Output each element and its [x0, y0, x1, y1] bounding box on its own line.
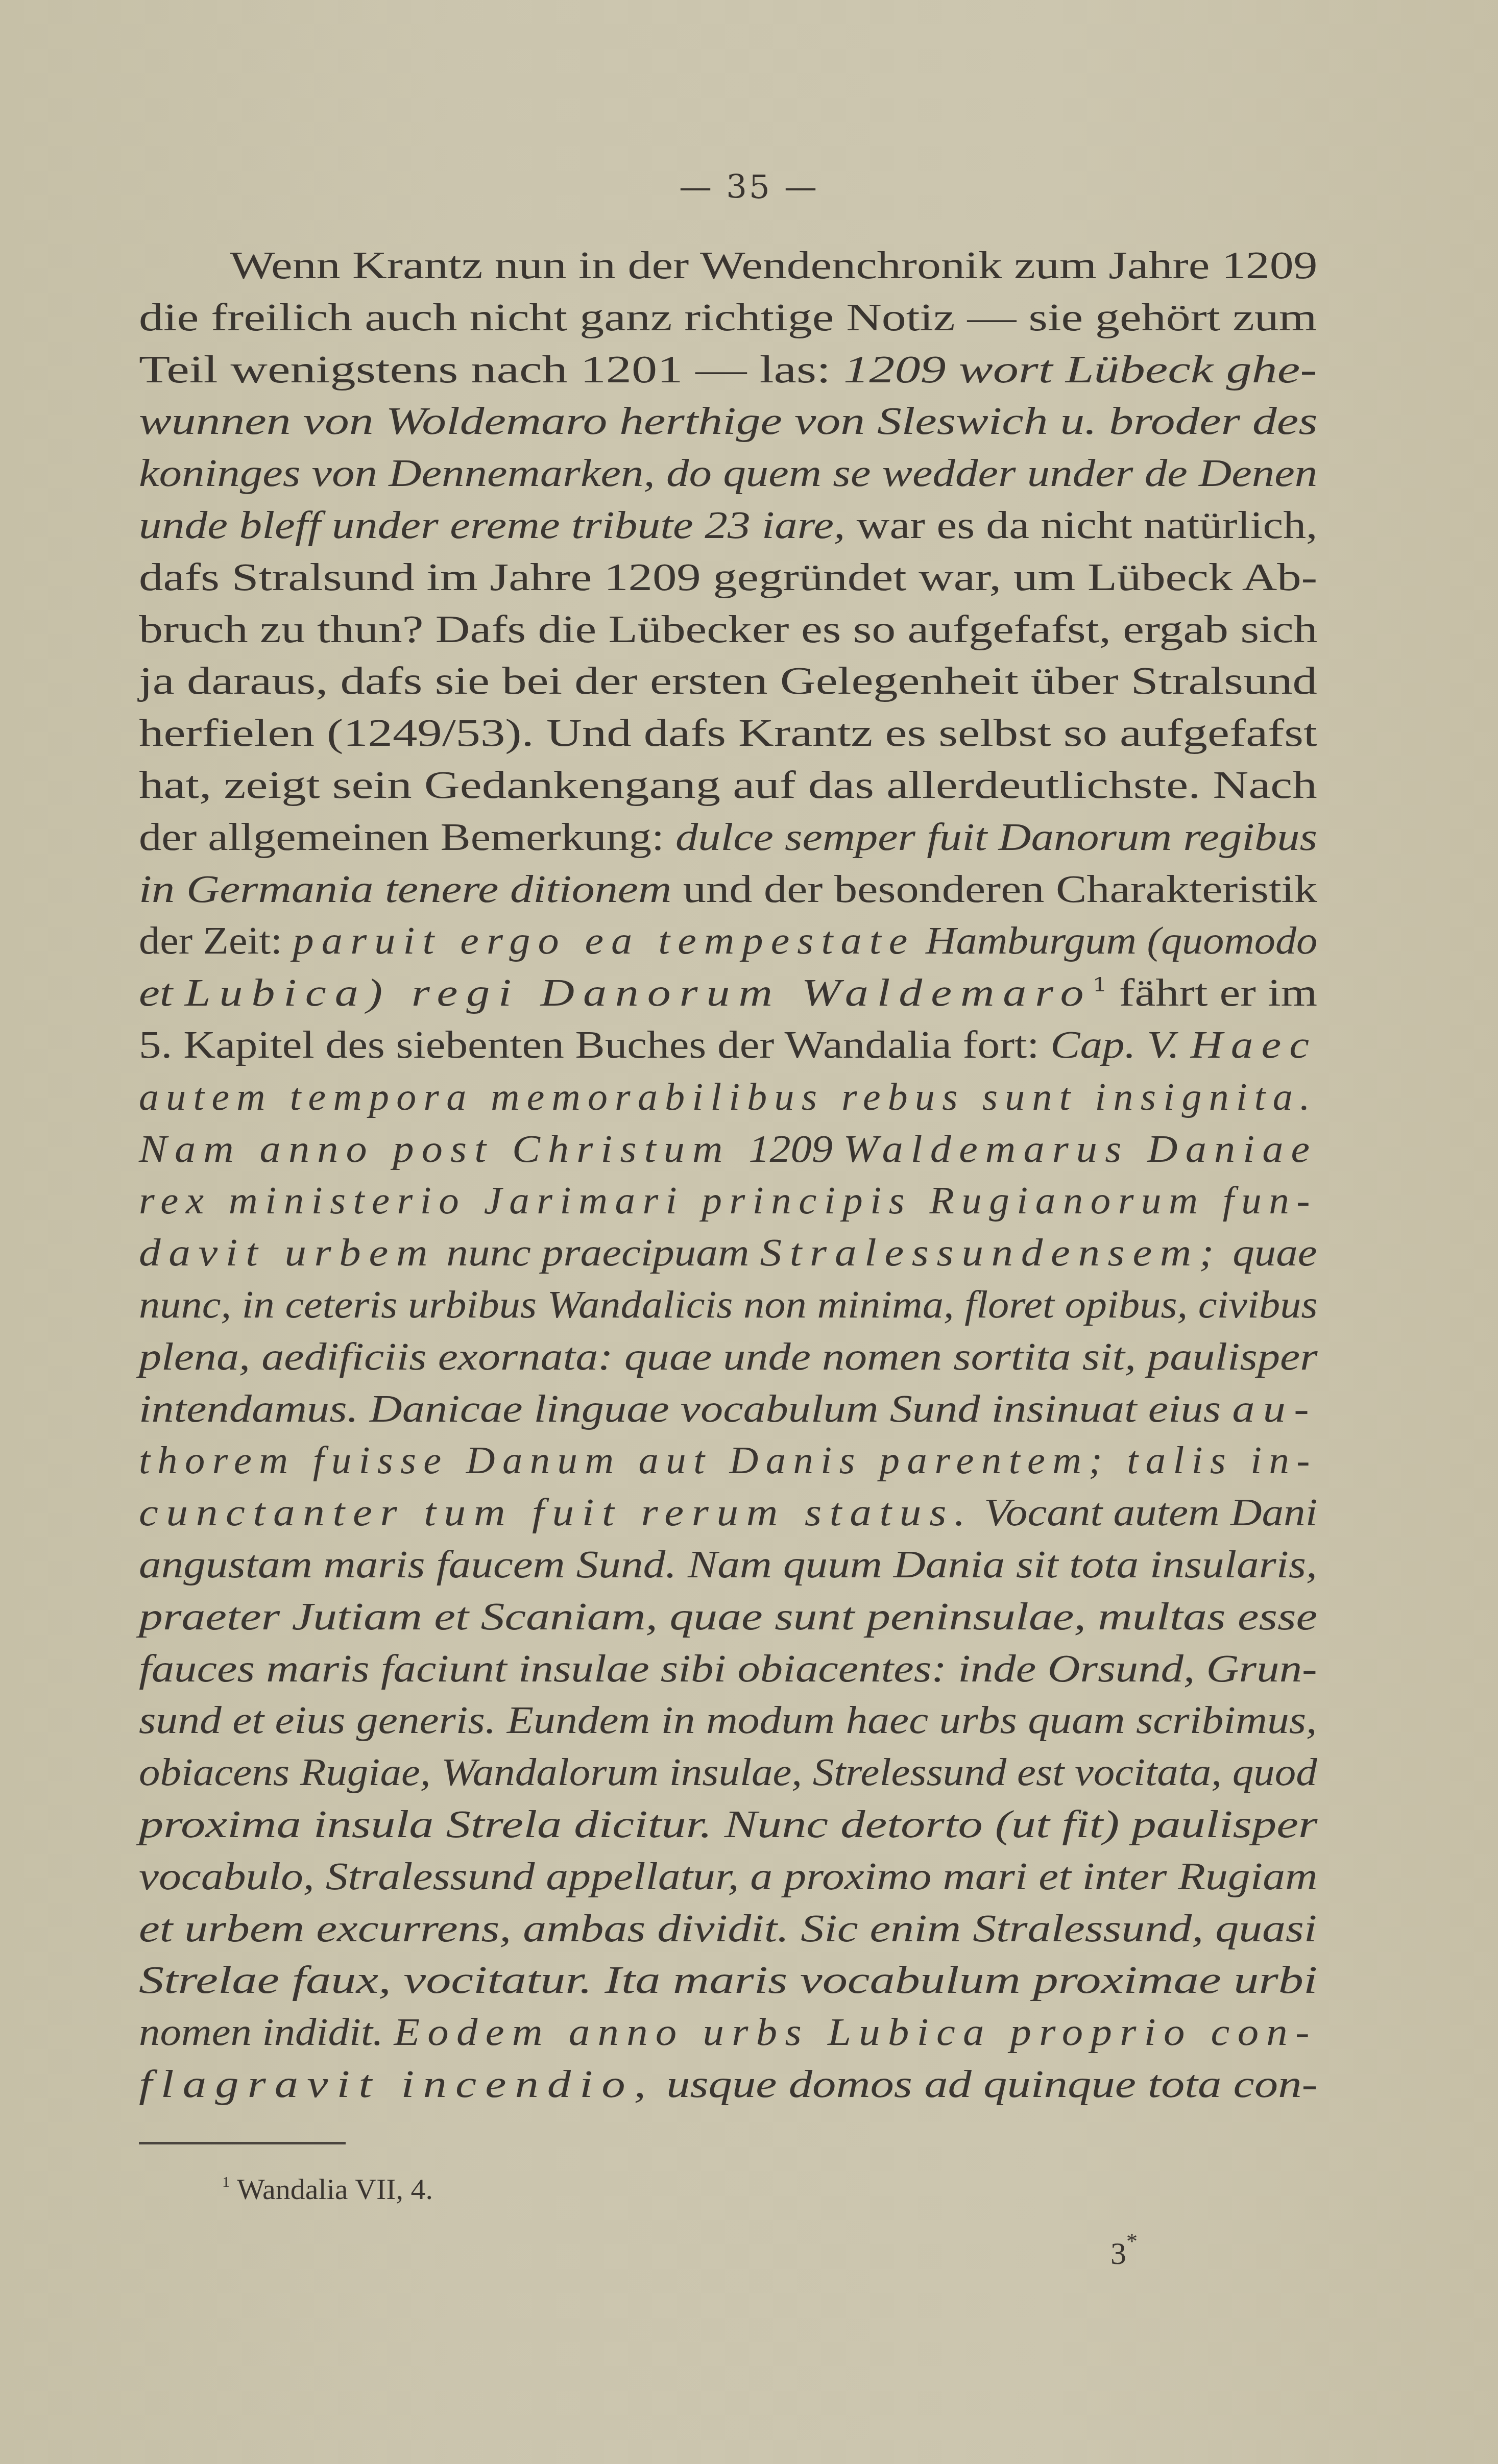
italic-text: quae — [1222, 1231, 1317, 1274]
italic-text: 1209 wort Lübeck ghe- — [843, 348, 1317, 391]
italic-text: plena, aedificiis exornata: quae unde no… — [139, 1335, 1318, 1378]
footnote-text: Wandalia VII, 4. — [237, 2173, 433, 2206]
text-line: der allgemeinen Bemerkung: dulce semper … — [139, 812, 1317, 864]
text-line: intendamus. Danicae linguae vocabulum Su… — [139, 1383, 1317, 1435]
footnote-rule — [139, 2142, 346, 2144]
text-line: proxima insula Strela dicitur. Nunc deto… — [139, 1799, 1317, 1851]
text-line: herfielen (1249/53). Und dafs Krantz es … — [139, 708, 1317, 760]
text-line: angustam maris faucem Sund. Nam quum Dan… — [139, 1539, 1317, 1591]
text-line: obiacens Rugiae, Wandalorum insulae, Str… — [139, 1747, 1317, 1799]
text-line: davit urbem nunc praecipuam Stralessunde… — [139, 1227, 1317, 1279]
roman-text: bruch zu thun? Dafs die Lübecker es so a… — [139, 608, 1318, 651]
italic-text: fauces maris faciunt insulae sibi obiace… — [139, 1647, 1317, 1690]
roman-text: war es da nicht natürlich, — [845, 504, 1317, 547]
text-line: et Lubica) regi Danorum Waldemaro1 fährt… — [139, 967, 1317, 1019]
footnote: 1Wandalia VII, 4. — [222, 2172, 433, 2206]
text-line: flagravit incendio, usque domos ad quinq… — [139, 2059, 1317, 2111]
roman-text: und der besonderen Charakteristik — [671, 868, 1317, 911]
text-line: der Zeit: paruit ergo ea tempestate Hamb… — [139, 915, 1317, 967]
spaced-italic-text: davit urbem — [139, 1231, 436, 1274]
text-line: thorem fuisse Danum aut Danis parentem; … — [139, 1435, 1317, 1487]
text-line: nunc, in ceteris urbibus Wandalicis non … — [139, 1279, 1317, 1331]
text-line: Strelae faux, vocitatur. Ita maris vocab… — [139, 1955, 1317, 2007]
italic-text: proxima insula Strela dicitur. Nunc deto… — [139, 1803, 1318, 1846]
text-line: 5. Kapitel des siebenten Buches der Wand… — [139, 1019, 1317, 1071]
spaced-italic-text: au- — [1232, 1387, 1317, 1430]
signature-star: * — [1126, 2229, 1138, 2254]
roman-text: Wenn Krantz nun in der Wendenchronik zum… — [230, 244, 1318, 287]
text-line: plena, aedificiis exornata: quae unde no… — [139, 1331, 1317, 1383]
italic-text: usque domos ad quinque tota con- — [655, 2063, 1317, 2106]
spaced-italic-text: autem tempora memorabilibus rebus sunt i… — [139, 1076, 1317, 1118]
text-line: Nam anno post Christum 1209 Waldemarus D… — [139, 1124, 1317, 1176]
italic-text: wunnen von Woldemaro herthige von Sleswi… — [139, 400, 1317, 443]
italic-text: in Germania tenere ditionem — [139, 868, 671, 911]
text-line: rex ministerio Jarimari principis Rugian… — [139, 1175, 1317, 1227]
text-line: die freilich auch nicht ganz richtige No… — [139, 292, 1317, 344]
italic-text: et urbem excurrens, ambas dividit. Sic e… — [139, 1907, 1317, 1950]
italic-text: angustam maris faucem Sund. Nam quum Dan… — [139, 1543, 1317, 1586]
italic-text: 1209 — [748, 1128, 843, 1170]
spaced-italic-text: regi Danorum Waldemaro — [391, 971, 1092, 1014]
roman-text: der allgemeinen Bemerkung: — [139, 816, 675, 859]
roman-text: dafs Stralsund im Jahre 1209 gegründet w… — [139, 556, 1317, 599]
italic-text: Vocant autem Dani — [973, 1491, 1317, 1534]
italic-text: unde bleff under ereme tribute 23 iare, — [139, 504, 845, 547]
italic-text: nomen indidit. — [139, 2011, 394, 2054]
text-line: nomen indidit. Eodem anno urbs Lubica pr… — [139, 2007, 1317, 2059]
page-number: — 35 — — [0, 168, 1498, 206]
signature-mark: 3* — [1110, 2228, 1138, 2272]
spaced-italic-text: Waldemarus Daniae — [843, 1128, 1317, 1170]
italic-text: Cap. V. — [1050, 1023, 1191, 1066]
footnote-marker: 1 — [222, 2174, 230, 2190]
text-line: cunctanter tum fuit rerum status. Vocant… — [139, 1487, 1317, 1539]
spaced-italic-text: Eodem anno urbs Lubica proprio con- — [394, 2011, 1317, 2054]
spaced-italic-text: thorem fuisse Danum aut Danis parentem; … — [139, 1439, 1317, 1482]
text-line: vocabulo, Stralessund appellatur, a prox… — [139, 1851, 1317, 1903]
text-line: dafs Stralsund im Jahre 1209 gegründet w… — [139, 552, 1317, 604]
italic-text: nunc praecipuam — [436, 1231, 760, 1274]
text-line: fauces maris faciunt insulae sibi obiace… — [139, 1643, 1317, 1695]
text-line: koninges von Dennemarken, do quem se wed… — [139, 448, 1317, 500]
spaced-italic-text: cunctanter tum fuit rerum status. — [139, 1491, 973, 1534]
spaced-italic-text: Lubica) — [184, 971, 391, 1014]
text-line: wunnen von Woldemaro herthige von Sleswi… — [139, 396, 1317, 448]
italic-text: Hamburgum (quomodo — [915, 919, 1318, 962]
spaced-italic-text: Nam anno post Christum — [139, 1128, 748, 1170]
italic-text: et — [139, 971, 184, 1014]
spaced-italic-text: paruit ergo ea tempestate — [293, 919, 915, 962]
roman-text: die freilich auch nicht ganz richtige No… — [139, 296, 1317, 339]
signature-number: 3 — [1110, 2236, 1126, 2271]
roman-text: Teil wenigstens nach 1201 — las: — [139, 348, 843, 391]
roman-text: der Zeit: — [139, 919, 293, 962]
text-line: praeter Jutiam et Scaniam, quae sunt pen… — [139, 1591, 1317, 1643]
italic-text: Strelae faux, vocitatur. Ita maris vocab… — [139, 1959, 1317, 2002]
roman-text: ja daraus, dafs sie bei der ersten Geleg… — [139, 660, 1317, 702]
italic-text: nunc, in ceteris urbibus Wandalicis non … — [139, 1283, 1318, 1326]
text-line: autem tempora memorabilibus rebus sunt i… — [139, 1071, 1317, 1124]
roman-text: fährt er im — [1107, 971, 1317, 1014]
roman-text: hat, zeigt sein Gedankengang auf das all… — [139, 764, 1317, 807]
text-line: unde bleff under ereme tribute 23 iare, … — [139, 500, 1317, 552]
italic-text: sund et eius generis. Eundem in modum ha… — [139, 1699, 1317, 1742]
spaced-italic-text: Haec — [1191, 1023, 1317, 1066]
spaced-italic-text: Stralessundensem; — [760, 1231, 1222, 1274]
text-line: in Germania tenere ditionem und der beso… — [139, 864, 1317, 916]
text-line: sund et eius generis. Eundem in modum ha… — [139, 1695, 1317, 1747]
spaced-italic-text: flagravit incendio, — [139, 2063, 655, 2106]
italic-text: vocabulo, Stralessund appellatur, a prox… — [139, 1855, 1317, 1898]
italic-text: dulce semper fuit Danorum regibus — [675, 816, 1317, 859]
roman-text: 5. Kapitel des siebenten Buches der Wand… — [139, 1023, 1050, 1066]
text-line: bruch zu thun? Dafs die Lübecker es so a… — [139, 604, 1317, 656]
italic-text: obiacens Rugiae, Wandalorum insulae, Str… — [139, 1751, 1317, 1794]
text-line: et urbem excurrens, ambas dividit. Sic e… — [139, 1903, 1317, 1955]
text-line: Wenn Krantz nun in der Wendenchronik zum… — [139, 240, 1317, 292]
roman-text: herfielen (1249/53). Und dafs Krantz es … — [139, 712, 1317, 754]
italic-text: koninges von Dennemarken, do quem se wed… — [139, 452, 1317, 495]
text-line: hat, zeigt sein Gedankengang auf das all… — [139, 760, 1317, 812]
text-line: ja daraus, dafs sie bei der ersten Geleg… — [139, 655, 1317, 708]
text-line: Teil wenigstens nach 1201 — las: 1209 wo… — [139, 344, 1317, 396]
italic-text: intendamus. Danicae linguae vocabulum Su… — [139, 1387, 1232, 1430]
spaced-italic-text: rex ministerio Jarimari principis Rugian… — [139, 1179, 1317, 1222]
body-text: Wenn Krantz nun in der Wendenchronik zum… — [139, 240, 1317, 2111]
footnote-reference: 1 — [1093, 973, 1107, 996]
italic-text: praeter Jutiam et Scaniam, quae sunt pen… — [139, 1595, 1317, 1638]
